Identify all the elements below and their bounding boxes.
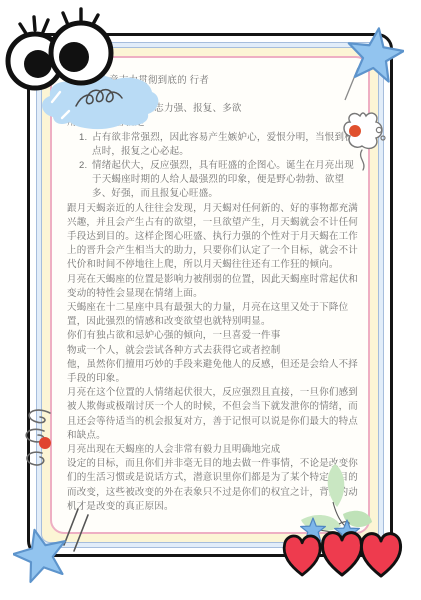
paragraph: 天蝎座在十二星座中具有最强大的力量，月亮在这里又处于下降位置，因此强烈的情感和改… — [67, 301, 359, 329]
note-content: 月亮天蝎-意志力贯彻到底的 行者 个性特征：忌妒、意志力强、报复、多欲 用两句话… — [50, 56, 370, 534]
list-item: 2.情绪起伏大，反应强烈，具有旺盛的企图心。诞生在月亮出现于天蝎座时期的人给人最… — [79, 159, 359, 202]
frame-blue-band: 月亮天蝎-意志力贯彻到底的 行者 个性特征：忌妒、意志力强、报复、多欲 用两句话… — [36, 42, 384, 548]
traits-line: 个性特征：忌妒、意志力强、报复、多欲 — [67, 102, 359, 116]
paragraph: 月亮出现在天蝎座的人会非常有毅力且明确地完成 设定的目标，而且你们并非毫无目的地… — [67, 443, 359, 514]
paragraph: 月亮在天蝎座的位置是影响力被削弱的位置，因此天蝎座时常起伏和变动的特性会显现在情… — [67, 273, 359, 301]
list-text: 占有欲非常强烈，因此容易产生嫉妒心，爱恨分明，当恨到极点时，报复之心必起。 — [92, 131, 359, 159]
decorative-frame: 月亮天蝎-意志力贯彻到底的 行者 个性特征：忌妒、意志力强、报复、多欲 用两句话… — [27, 33, 393, 557]
list-number: 1. — [79, 131, 92, 159]
page-title: 月亮天蝎-意志力贯彻到底的 行者 — [67, 74, 359, 88]
lead-line: 用两句话形容就是 — [67, 116, 359, 130]
paragraphs: 跟月天蝎亲近的人往往会发现，月天蝎对任何新的、好的事物都充满兴趣，并且会产生占有… — [67, 202, 359, 514]
paragraph: 月亮在这个位置的人情绪起伏很大，反应强烈且直接，一旦你们感到被人欺侮或极端讨厌一… — [67, 386, 359, 443]
paragraph: 跟月天蝎亲近的人往往会发现，月天蝎对任何新的、好的事物都充满兴趣，并且会产生占有… — [67, 202, 359, 273]
numbered-list: 1.占有欲非常强烈，因此容易产生嫉妒心，爱恨分明，当恨到极点时，报复之心必起。2… — [79, 131, 359, 202]
list-item: 1.占有欲非常强烈，因此容易产生嫉妒心，爱恨分明，当恨到极点时，报复之心必起。 — [79, 131, 359, 159]
paragraph: 你们有独占欲和忌妒心强的倾向，一旦喜爱一件事 物或一个人，就会尝试各种方式去获得… — [67, 329, 359, 386]
frame-yellow-band: 月亮天蝎-意志力贯彻到底的 行者 个性特征：忌妒、意志力强、报复、多欲 用两句话… — [41, 47, 379, 543]
list-text: 情绪起伏大，反应强烈，具有旺盛的企图心。诞生在月亮出现于天蝎座时期的人给人最强烈… — [92, 159, 359, 202]
list-number: 2. — [79, 159, 92, 202]
